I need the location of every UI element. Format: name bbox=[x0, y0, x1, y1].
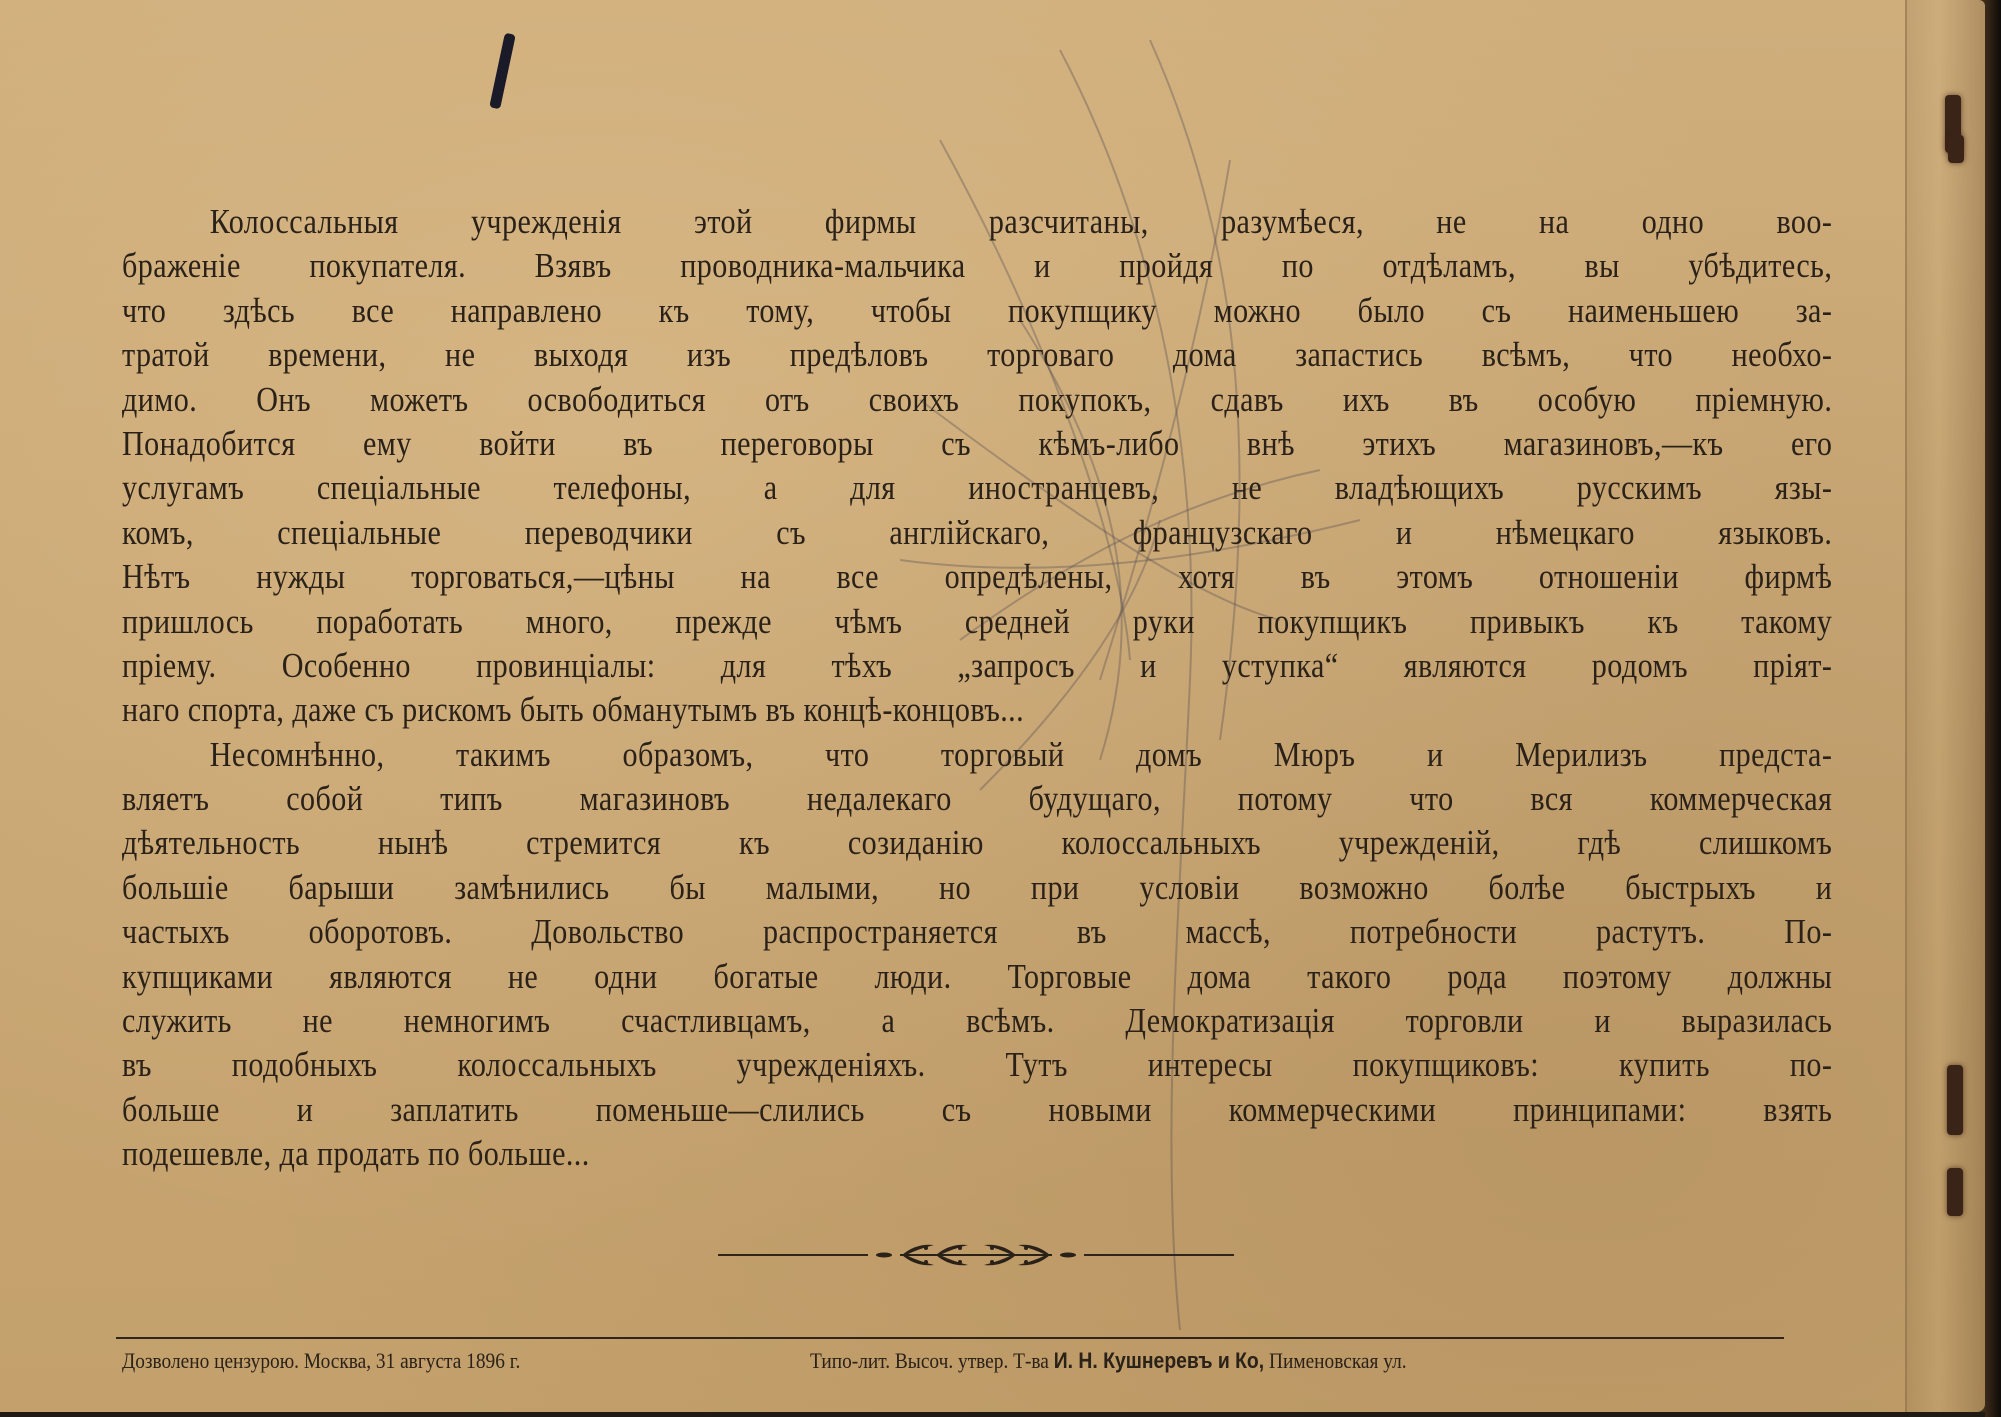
printer-name: И. Н. Кушнеревъ и Ко, bbox=[1054, 1348, 1264, 1373]
text-line: вляетъ собой типъ магазиновъ недалекаго … bbox=[122, 777, 1832, 821]
text-line: пришлось поработать много, прежде чѣмъ с… bbox=[122, 600, 1832, 644]
text-line: Понадобится ему войти въ переговоры съ к… bbox=[122, 422, 1832, 466]
spine-band bbox=[1905, 0, 1987, 1412]
text-line: въ подобныхъ колоссальныхъ учрежденіяхъ.… bbox=[122, 1043, 1832, 1087]
printer-imprint: Типо-лит. Высоч. утвер. Т-ва И. Н. Кушне… bbox=[810, 1348, 1407, 1374]
text-line: больше и заплатить поменьше—слились съ н… bbox=[122, 1088, 1832, 1132]
ornament-rule-left bbox=[718, 1254, 868, 1256]
staple-bottom bbox=[1947, 1065, 1963, 1135]
text-line: пріему. Особенно провинціалы: для тѣхъ „… bbox=[122, 644, 1832, 688]
text-line: частыхъ оборотовъ. Довольство распростра… bbox=[122, 910, 1832, 954]
text-line: дѣятельность нынѣ стремится къ созиданію… bbox=[122, 821, 1832, 865]
paragraph-1: Колоссальныя учрежденія этой фирмы разсч… bbox=[122, 200, 1832, 733]
text-line: что здѣсь все направлено къ тому, чтобы … bbox=[122, 289, 1832, 333]
booklet-page: Колоссальныя учрежденія этой фирмы разсч… bbox=[0, 0, 1985, 1412]
paragraph-2: Несомнѣнно, такимъ образомъ, что торговы… bbox=[122, 733, 1832, 1177]
text-line: подешевле, да продать по больше... bbox=[122, 1132, 1832, 1176]
text-line: услугамъ спеціальные телефоны, а для ино… bbox=[122, 466, 1832, 510]
staple-bottom-lower bbox=[1947, 1168, 1963, 1216]
text-line: комъ, спеціальные переводчики съ англійс… bbox=[122, 511, 1832, 555]
printer-prefix: Типо-лит. Высоч. утвер. Т-ва bbox=[810, 1348, 1049, 1373]
text-line: Нѣтъ нужды торговаться,—цѣны на все опре… bbox=[122, 555, 1832, 599]
ornament-rule-right bbox=[1084, 1254, 1234, 1256]
footer-rule bbox=[116, 1337, 1784, 1339]
printer-address: Пименовская ул. bbox=[1269, 1348, 1407, 1373]
ornament-divider bbox=[708, 1240, 1244, 1270]
censorship-note: Дозволено цензурою. Москва, 31 августа 1… bbox=[122, 1348, 520, 1374]
body-text: Колоссальныя учрежденія этой фирмы разсч… bbox=[122, 200, 1832, 1177]
text-line: служить не немногимъ счастливцамъ, а всѣ… bbox=[122, 999, 1832, 1043]
staple-top-lower bbox=[1948, 135, 1964, 163]
fleuron-icon bbox=[876, 1240, 1076, 1270]
text-line: тратой времени, не выходя изъ предѣловъ … bbox=[122, 333, 1832, 377]
text-line: Несомнѣнно, такимъ образомъ, что торговы… bbox=[122, 733, 1832, 777]
ink-mark bbox=[489, 33, 516, 110]
text-line: купщиками являются не одни богатые люди.… bbox=[122, 955, 1832, 999]
text-line: большіе барыши замѣнились бы малыми, но … bbox=[122, 866, 1832, 910]
text-line: браженіе покупателя. Взявъ проводника-ма… bbox=[122, 244, 1832, 288]
page-edge-shadow bbox=[1985, 0, 2001, 1417]
text-line: наго спорта, даже съ рискомъ быть обману… bbox=[122, 688, 1832, 732]
text-line: димо. Онъ можетъ освободиться отъ своихъ… bbox=[122, 378, 1832, 422]
text-line: Колоссальныя учрежденія этой фирмы разсч… bbox=[122, 200, 1832, 244]
